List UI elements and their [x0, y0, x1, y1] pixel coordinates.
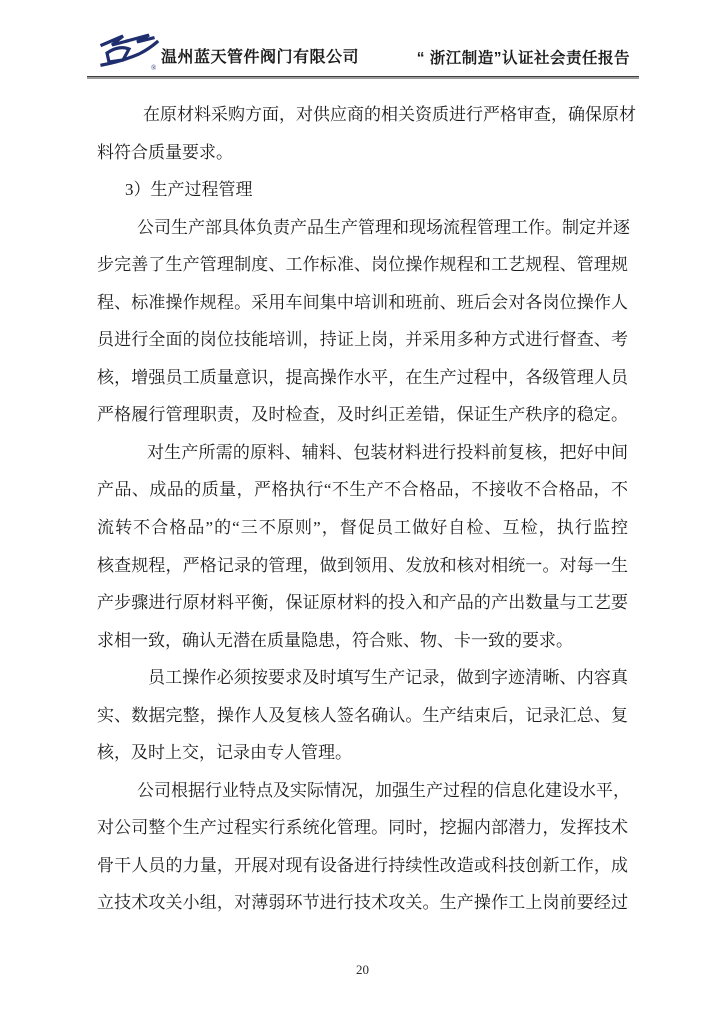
paragraph: 在原材料采购方面，对供应商的相关资质进行严格审查，确保原材料符合质量要求。: [97, 96, 628, 171]
text-line: 员进行全面的岗位技能培训，持证上岗，并采用多种方式进行督查、考: [97, 321, 628, 359]
text-line: 求相一致，确认无潜在质量隐患，符合账、物、卡一致的要求。: [97, 622, 628, 660]
text-line: 对公司整个生产过程实行系统化管理。同时，挖掘内部潜力，发挥技术: [97, 809, 628, 847]
text-line: 步完善了生产管理制度、工作标准、岗位操作规程和工艺规程、管理规: [97, 246, 628, 284]
logo-stroke: [127, 35, 153, 42]
company-name: 温州蓝天管件阀门有限公司: [161, 48, 359, 68]
text-line: 核查规程，严格记录的管理，做到领用、发放和核对相统一。对每一生: [97, 547, 628, 585]
text-line: 严格履行管理职责，及时检查，及时纠正差错，保证生产秩序的稳定。: [97, 396, 628, 434]
text-line: 流转不合格品”的“三不原则”，督促员工做好自检、互检，执行监控: [97, 509, 628, 547]
feilong-logo: ®: [99, 33, 161, 71]
registered-mark: ®: [151, 64, 157, 71]
text-line: 员工操作必须按要求及时填写生产记录，做到字迹清晰、内容真: [97, 659, 628, 697]
section-heading: 3）生产过程管理: [97, 171, 628, 209]
text-line: 实、数据完整，操作人及复核人签名确认。生产结束后，记录汇总、复: [97, 697, 628, 735]
text-line: 公司根据行业特点及实际情况，加强生产过程的信息化建设水平，: [97, 772, 628, 810]
text-line: 料符合质量要求。: [97, 134, 628, 172]
text-line: 立技术攻关小组，对薄弱环节进行技术攻关。生产操作工上岗前要经过: [97, 884, 628, 922]
text-line: 产品、成品的质量，严格执行“不生产不合格品，不接收不合格品，不: [97, 471, 628, 509]
document-body: 在原材料采购方面，对供应商的相关资质进行严格审查，确保原材料符合质量要求。3）生…: [97, 96, 628, 922]
text-line: 3）生产过程管理: [97, 171, 628, 209]
paragraph: 公司生产部具体负责产品生产管理和现场流程管理工作。制定并逐步完善了生产管理制度、…: [97, 209, 628, 434]
paragraph: 公司根据行业特点及实际情况，加强生产过程的信息化建设水平，对公司整个生产过程实行…: [97, 772, 628, 922]
text-line: 核，及时上交，记录由专人管理。: [97, 734, 628, 772]
text-line: 公司生产部具体负责产品生产管理和现场流程管理工作。制定并逐: [97, 209, 628, 247]
header-rule: [87, 76, 639, 79]
paragraph: 对生产所需的原料、辅料、包装材料进行投料前复核，把好中间产品、成品的质量，严格执…: [97, 434, 628, 659]
text-line: 产步骤进行原材料平衡，保证原材料的投入和产品的产出数量与工艺要: [97, 584, 628, 622]
text-line: 核，增强员工质量意识，提高操作水平，在生产过程中，各级管理人员: [97, 359, 628, 397]
text-line: 对生产所需的原料、辅料、包装材料进行投料前复核，把好中间: [97, 434, 628, 472]
text-line: 骨干人员的力量，开展对现有设备进行持续性改造或科技创新工作，成: [97, 847, 628, 885]
document-page: ® 温州蓝天管件阀门有限公司 “ 浙江制造”认证社会责任报告 在原材料采购方面，…: [0, 0, 720, 1018]
report-title: “ 浙江制造”认证社会责任报告: [417, 49, 630, 69]
page-number: 20: [97, 961, 628, 979]
text-line: 在原材料采购方面，对供应商的相关资质进行严格审查，确保原材: [97, 96, 628, 134]
paragraph: 员工操作必须按要求及时填写生产记录，做到字迹清晰、内容真实、数据完整，操作人及复…: [97, 659, 628, 772]
text-line: 程、标准操作规程。采用车间集中培训和班前、班后会对各岗位操作人: [97, 284, 628, 322]
logo-stroke: [102, 36, 127, 45]
